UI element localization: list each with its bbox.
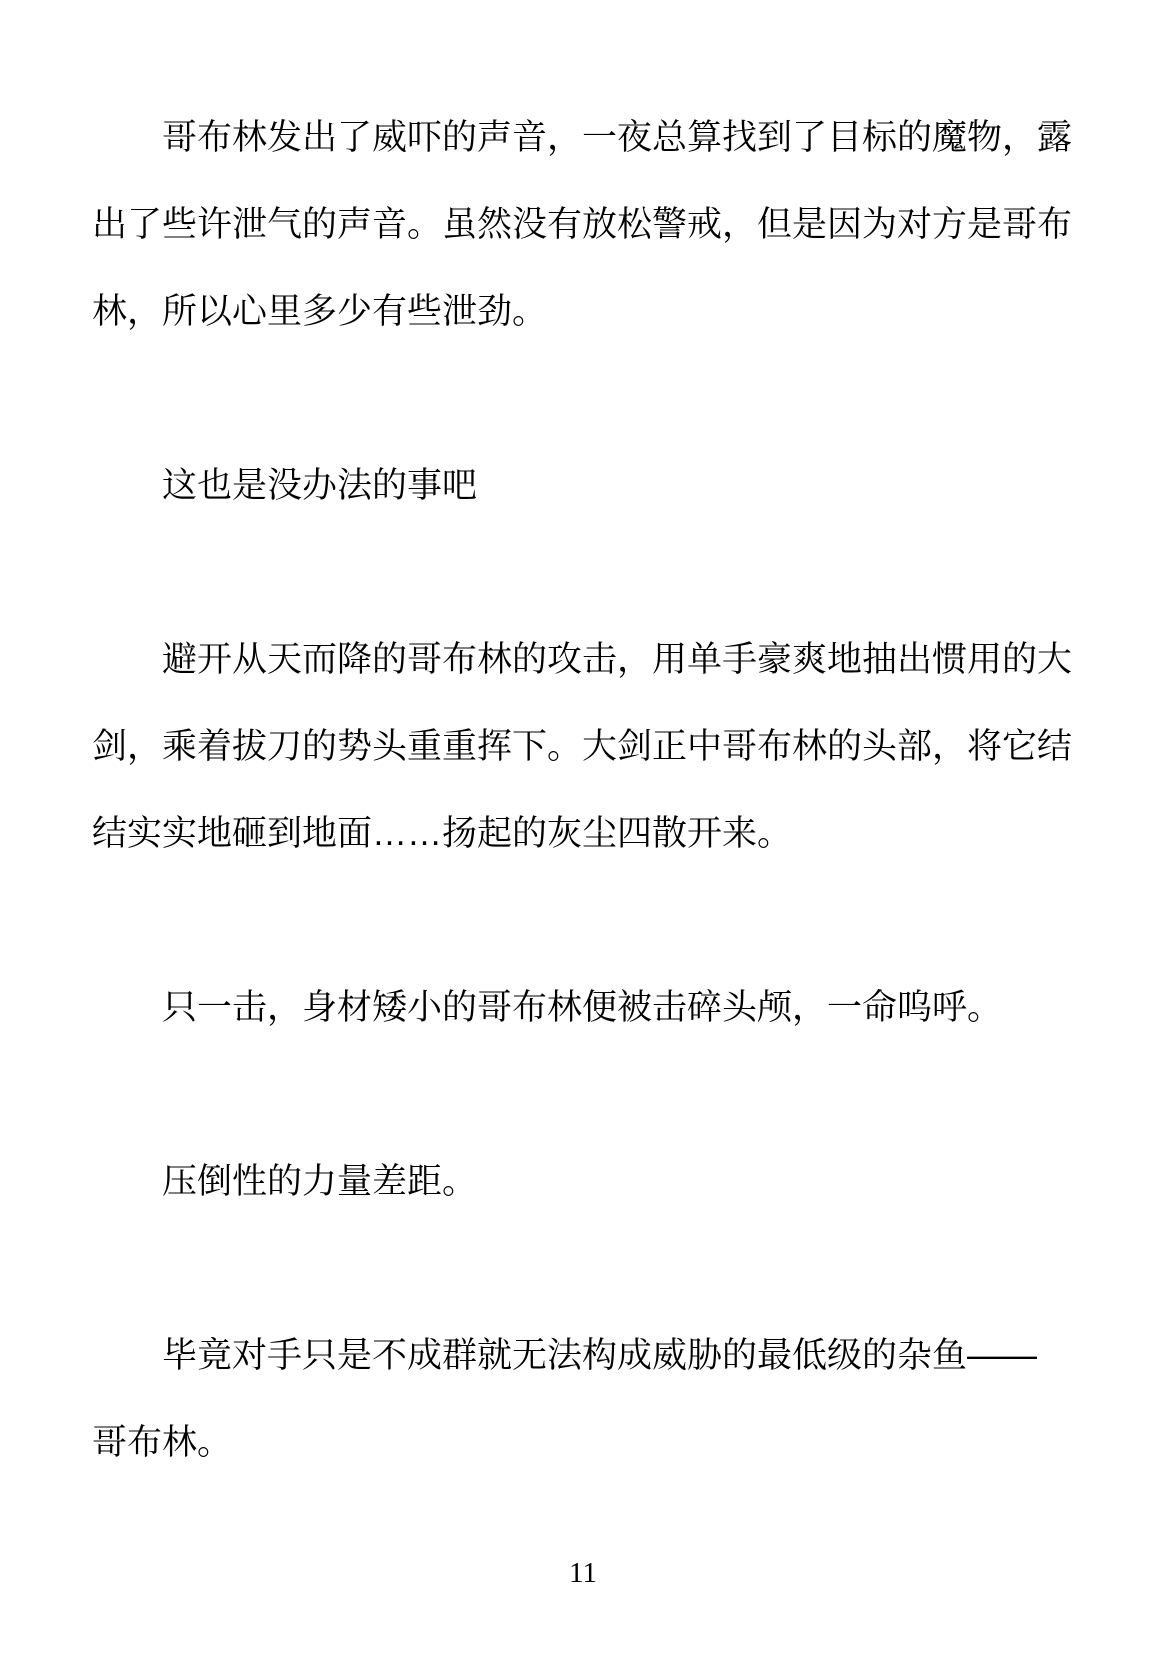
- text-line: 结实实地砸到地面……扬起的灰尘四散开来。: [92, 790, 1074, 877]
- text-line: 哥布林发出了威吓的声音，一夜总算找到了目标的魔物，露: [92, 94, 1074, 181]
- paragraph: 压倒性的力量差距。: [92, 1138, 1074, 1225]
- text-line: 出了些许泄气的声音。虽然没有放松警戒，但是因为对方是哥布: [92, 181, 1074, 268]
- paragraph: 避开从天而降的哥布林的攻击，用单手豪爽地抽出惯用的大剑，乘着拔刀的势头重重挥下。…: [92, 616, 1074, 877]
- text-line: 压倒性的力量差距。: [92, 1138, 1074, 1225]
- text-line: 哥布林。: [92, 1399, 1074, 1486]
- text-line: 剑，乘着拔刀的势头重重挥下。大剑正中哥布林的头部，将它结: [92, 703, 1074, 790]
- paragraph: 这也是没办法的事吧: [92, 442, 1074, 529]
- paragraph: 只一击，身材矮小的哥布林便被击碎头颅，一命呜呼。: [92, 964, 1074, 1051]
- paragraph: 哥布林发出了威吓的声音，一夜总算找到了目标的魔物，露出了些许泄气的声音。虽然没有…: [92, 94, 1074, 355]
- document-page: 哥布林发出了威吓的声音，一夜总算找到了目标的魔物，露出了些许泄气的声音。虽然没有…: [0, 0, 1166, 1654]
- page-number: 11: [0, 1556, 1166, 1591]
- text-line: 避开从天而降的哥布林的攻击，用单手豪爽地抽出惯用的大: [92, 616, 1074, 703]
- text-line: 只一击，身材矮小的哥布林便被击碎头颅，一命呜呼。: [92, 964, 1074, 1051]
- text-line: 林，所以心里多少有些泄劲。: [92, 268, 1074, 355]
- body-text: 哥布林发出了威吓的声音，一夜总算找到了目标的魔物，露出了些许泄气的声音。虽然没有…: [92, 94, 1074, 1486]
- text-line: 这也是没办法的事吧: [92, 442, 1074, 529]
- paragraph: 毕竟对手只是不成群就无法构成威胁的最低级的杂鱼——哥布林。: [92, 1312, 1074, 1486]
- text-line: 毕竟对手只是不成群就无法构成威胁的最低级的杂鱼——: [92, 1312, 1074, 1399]
